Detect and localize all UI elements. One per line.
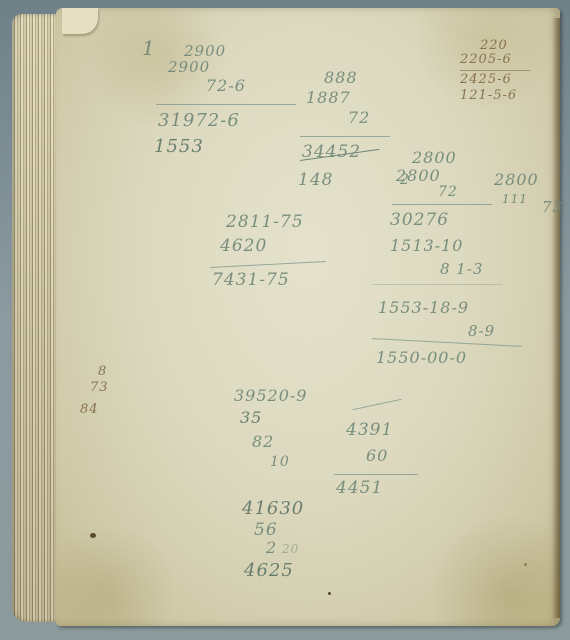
calc-result: 2425-6 xyxy=(460,72,512,87)
curve-stroke xyxy=(352,399,401,410)
calc-result: 1550-00-0 xyxy=(376,348,467,367)
calc-result: 30276 xyxy=(390,210,449,230)
calc-line: 39520-9 xyxy=(234,386,307,405)
ink-spot xyxy=(90,533,96,538)
calc-line: 2 xyxy=(266,538,277,557)
calc-line: 4620 xyxy=(220,236,267,256)
sum-rule xyxy=(300,136,390,137)
ink-spot xyxy=(328,592,331,595)
calc-line: 41630 xyxy=(242,498,304,519)
calc-line: 2800 xyxy=(412,148,457,167)
calc-side: 20 xyxy=(282,542,299,556)
margin-note: 73 xyxy=(90,380,109,395)
calc-line: 2800 xyxy=(396,166,441,185)
calc-line: 2800 xyxy=(494,170,539,189)
calc-line: 72 xyxy=(348,108,370,127)
calc-line: 1553-18-9 xyxy=(378,298,469,317)
calc-line: 8-9 xyxy=(468,322,495,340)
calc-mark: 1 xyxy=(142,36,156,60)
sum-rule xyxy=(210,261,326,268)
ink-spot xyxy=(524,563,527,566)
calc-line: 2811-75 xyxy=(226,212,304,232)
calc-line: 4391 xyxy=(346,420,393,440)
sum-rule xyxy=(334,474,418,475)
calc-result: 7431-75 xyxy=(212,270,290,290)
calc-line: 220 xyxy=(480,38,508,53)
calc-line: 888 xyxy=(324,68,358,87)
sum-rule xyxy=(372,338,522,347)
calc-result: 4625 xyxy=(244,560,294,581)
calc-side: 73 xyxy=(542,198,563,216)
calc-result: 31972-6 xyxy=(158,110,240,131)
calc-line: 1887 xyxy=(306,88,351,107)
sum-rule xyxy=(156,104,296,105)
calc-line: 8 1-3 xyxy=(440,260,483,278)
calc-line: 148 xyxy=(298,170,333,190)
calc-line: 72-6 xyxy=(206,76,246,95)
sum-rule xyxy=(392,204,492,205)
calc-line: 1513-10 xyxy=(390,236,463,255)
sum-rule xyxy=(372,284,502,285)
calc-line: 111 xyxy=(502,192,528,206)
page-edges xyxy=(12,14,62,622)
dog-eared-corner xyxy=(62,8,98,34)
calc-line: 60 xyxy=(366,446,388,465)
book: 1 2900 2900 72-6 31972-6 1553 888 1887 7… xyxy=(12,8,564,632)
sum-rule xyxy=(460,70,530,71)
margin-note: 8 xyxy=(98,364,107,379)
calc-line: 1553 xyxy=(154,136,204,157)
calc-line: 2900 xyxy=(168,58,210,76)
calc-line: 56 xyxy=(254,520,278,540)
page-right-edge xyxy=(552,18,560,618)
manuscript-page: 1 2900 2900 72-6 31972-6 1553 888 1887 7… xyxy=(56,8,560,626)
margin-note: 84 xyxy=(80,402,99,417)
calc-line: 121-5-6 xyxy=(460,88,517,103)
calc-line: 72 xyxy=(438,184,458,200)
calc-line: 10 xyxy=(270,454,290,470)
calc-line: 35 xyxy=(240,408,262,427)
calc-line: 82 xyxy=(252,432,274,451)
calc-line: 2205-6 xyxy=(460,52,512,67)
calc-result: 4451 xyxy=(336,478,383,498)
